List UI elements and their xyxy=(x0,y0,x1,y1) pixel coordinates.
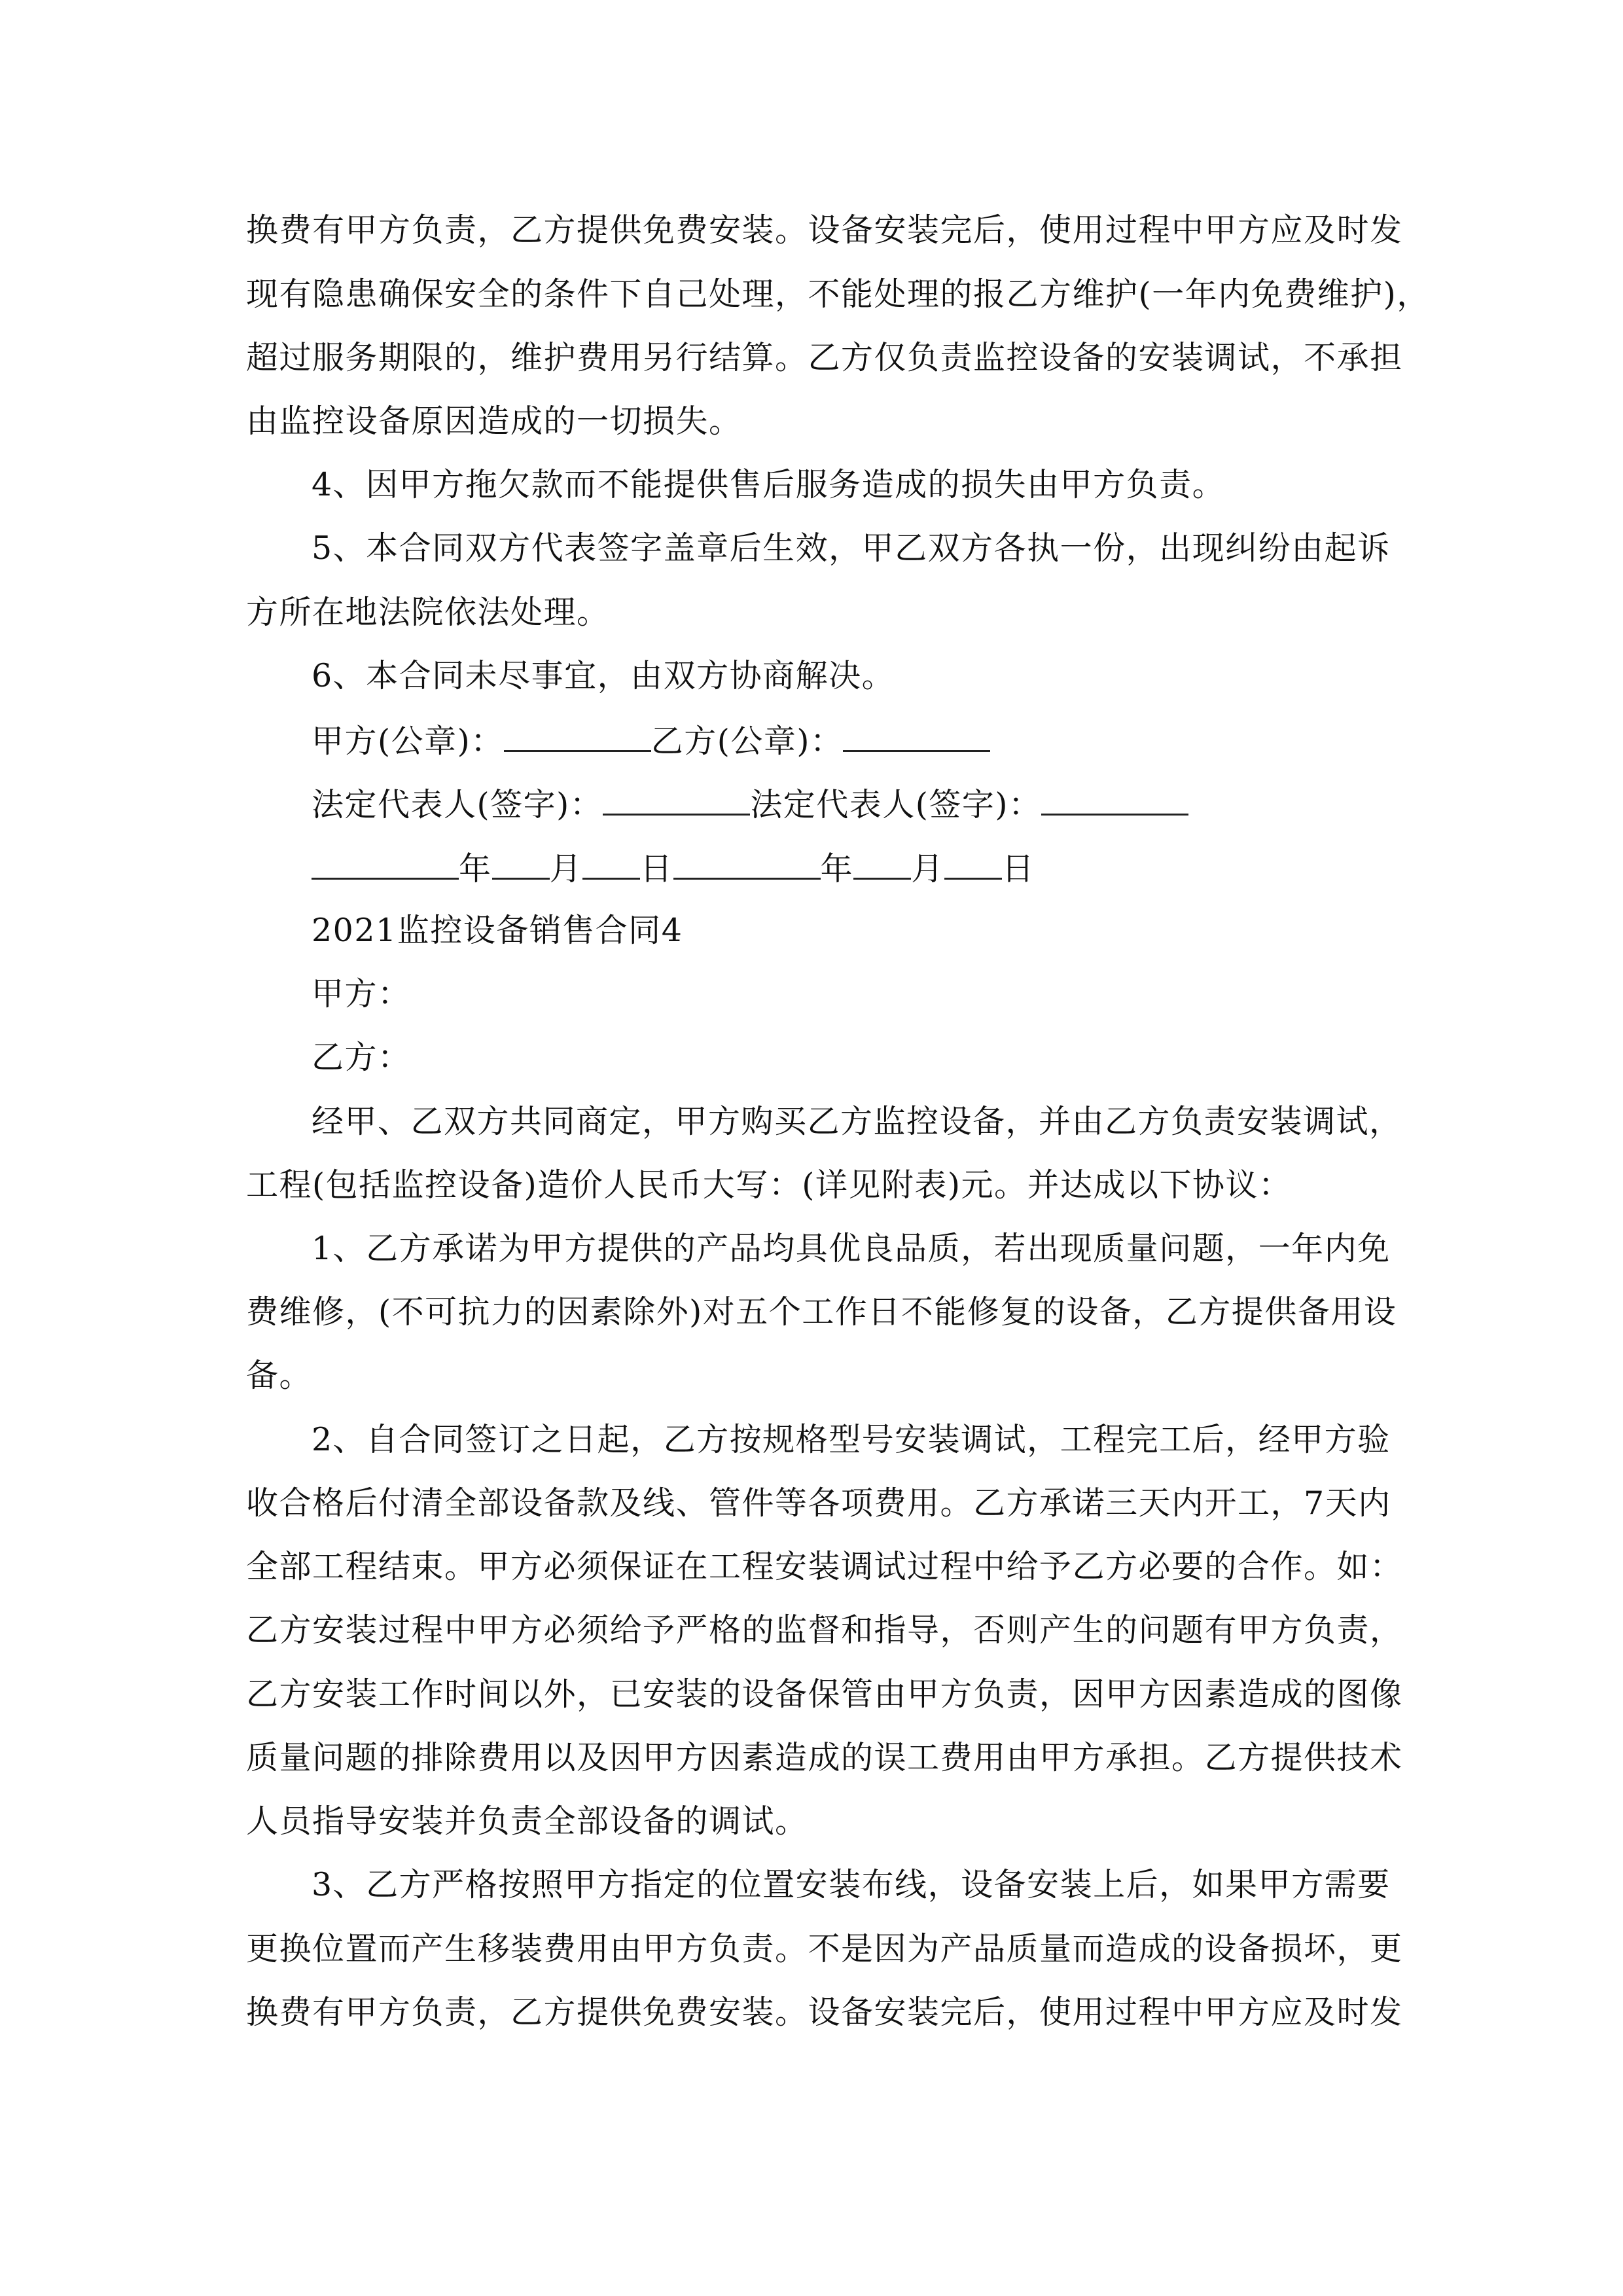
legal-rep-b-blank[interactable] xyxy=(1041,783,1188,816)
paragraph-line: 由监控设备原因造成的一切损失。 xyxy=(246,402,742,441)
clause-1-line: 备。 xyxy=(246,1356,312,1395)
day-b-blank[interactable] xyxy=(944,848,1002,880)
clause-2-line: 人员指导安装并负责全部设备的调试。 xyxy=(246,1802,808,1841)
seal-row: 甲方(公章)：乙方(公章)： xyxy=(312,720,990,759)
paragraph-line: 现有隐患确保安全的条件下自己处理，不能处理的报乙方维护(一年内免费维护)， xyxy=(246,275,1430,314)
party-b-seal-label: 乙方(公章)： xyxy=(651,723,844,760)
paragraph-line: 换费有甲方负责，乙方提供免费安装。设备安装完后，使用过程中甲方应及时发 xyxy=(246,211,1403,250)
clause-4: 4、因甲方拖欠款而不能提供售后服务造成的损失由甲方负责。 xyxy=(312,465,1225,505)
year-label: 年 xyxy=(821,850,854,888)
paragraph-line: 超过服务期限的，维护费用另行结算。乙方仅负责监控设备的安装调试，不承担 xyxy=(246,338,1403,378)
legal-rep-b-label: 法定代表人(签字)： xyxy=(750,786,1041,823)
clause-1-line: 1、乙方承诺为甲方提供的产品均具优良品质，若出现质量问题，一年内免 xyxy=(312,1229,1391,1268)
contract-title: 2021监控设备销售合同4 xyxy=(312,911,683,950)
month-label: 月 xyxy=(550,850,583,888)
clause-2-line: 质量问题的排除费用以及因甲方因素造成的误工费用由甲方承担。乙方提供技术 xyxy=(246,1738,1403,1778)
clause-5-line: 5、本合同双方代表签字盖章后生效，甲乙双方各执一份，出现纠纷由起诉 xyxy=(312,529,1391,568)
date-row: 年月日年月日 xyxy=(312,848,1035,887)
clause-3-line: 更换位置而产生移装费用由甲方负责。不是因为产品质量而造成的设备损坏，更 xyxy=(246,1929,1403,1969)
intro-line: 经甲、乙双方共同商定，甲方购买乙方监控设备，并由乙方负责安装调试， xyxy=(312,1102,1402,1141)
clause-6: 6、本合同未尽事宜，由双方协商解决。 xyxy=(312,656,895,696)
day-a-blank[interactable] xyxy=(582,848,640,880)
month-label: 月 xyxy=(911,850,944,888)
month-b-blank[interactable] xyxy=(853,848,911,880)
clause-5-line: 方所在地法院依法处理。 xyxy=(246,593,610,632)
legal-rep-a-label: 法定代表人(签字)： xyxy=(312,786,603,823)
clause-3-line: 3、乙方严格按照甲方指定的位置安装布线，设备安装上后，如果甲方需要 xyxy=(312,1865,1391,1905)
clause-1-line: 费维修，(不可抗力的因素除外)对五个工作日不能修复的设备，乙方提供备用设 xyxy=(246,1293,1397,1332)
intro-line: 工程(包括监控设备)造价人民币大写：(详见附表)元。并达成以下协议： xyxy=(246,1166,1291,1205)
clause-2-line: 全部工程结束。甲方必须保证在工程安装调试过程中给予乙方必要的合作。如： xyxy=(246,1547,1403,1587)
clause-3-line: 换费有甲方负责，乙方提供免费安装。设备安装完后，使用过程中甲方应及时发 xyxy=(246,1993,1403,2032)
clause-2-line: 乙方安装过程中甲方必须给予严格的监督和指导，否则产生的问题有甲方负责， xyxy=(246,1611,1403,1650)
legal-rep-row: 法定代表人(签字)：法定代表人(签字)： xyxy=(312,783,1188,823)
year-a-blank[interactable] xyxy=(312,848,459,880)
party-b-seal-blank[interactable] xyxy=(843,720,990,752)
party-a-label: 甲方： xyxy=(312,975,411,1014)
day-label: 日 xyxy=(640,850,673,888)
party-a-seal-label: 甲方(公章)： xyxy=(312,723,504,760)
month-a-blank[interactable] xyxy=(492,848,550,880)
clause-2-line: 2、自合同签订之日起，乙方按规格型号安装调试，工程完工后，经甲方验 xyxy=(312,1420,1391,1460)
day-label: 日 xyxy=(1002,850,1035,888)
clause-2-line: 乙方安装工作时间以外，已安装的设备保管由甲方负责，因甲方因素造成的图像 xyxy=(246,1675,1403,1714)
year-b-blank[interactable] xyxy=(673,848,821,880)
legal-rep-a-blank[interactable] xyxy=(603,783,750,816)
year-label: 年 xyxy=(459,850,492,888)
party-b-label: 乙方： xyxy=(312,1038,411,1077)
party-a-seal-blank[interactable] xyxy=(504,720,651,752)
clause-2-line: 收合格后付清全部设备款及线、管件等各项费用。乙方承诺三天内开工，7天内 xyxy=(246,1484,1391,1523)
